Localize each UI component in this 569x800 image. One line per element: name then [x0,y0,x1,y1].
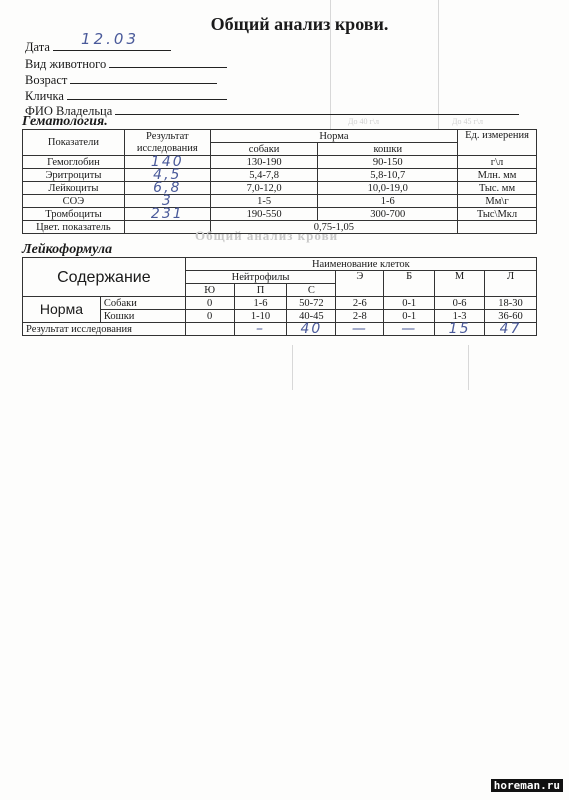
norm-dogs: 7,0-12,0 [210,182,318,195]
col-header: Б [384,271,435,297]
norm-cell: 0 [185,310,234,323]
name-field: Кличка [25,87,227,103]
hematology-row: Эритроциты4,55,4-7,85,8-10,7Млн. мм [23,169,537,182]
species-label: Кошки [100,310,185,323]
ghost-text: Общий анализ крови [195,228,338,244]
col-header: Ю [185,284,234,297]
norm-label: Норма [23,297,101,323]
cells-header: Наименование клеток [185,258,536,271]
result-cell [185,323,234,336]
unit: Мм\г [458,195,537,208]
norm-dogs: 5,4-7,8 [210,169,318,182]
unit: Тыс\Мкл [458,208,537,221]
date-field: Дата 12.03 [25,38,171,54]
bleed-line [468,345,469,390]
col-header: С [287,284,336,297]
unit: Тыс. мм [458,182,537,195]
header-cats: кошки [318,143,458,156]
animal-field: Вид животного [25,55,227,71]
norm-cats: 300-700 [318,208,458,221]
hematology-row: СОЭ31-51-6Мм\г [23,195,537,208]
indicator-name: Тромбоциты [23,208,125,221]
age-label: Возраст [25,73,67,87]
result-label: Результат исследования [23,323,186,336]
norm-dogs: 190-550 [210,208,318,221]
indicator-name: СОЭ [23,195,125,208]
result-cell: — [336,323,384,336]
result-cell: – [234,323,287,336]
header-result: Результат исследования [124,130,210,156]
norm-cell: 18-30 [485,297,537,310]
norm-cats: 10,0-19,0 [318,182,458,195]
faint-mark: До 45 г\л [452,117,483,126]
species-label: Собаки [100,297,185,310]
age-field: Возраст [25,71,217,87]
norm-row-dogs: Норма Собаки 0 1-6 50-72 2-6 0-1 0-6 18-… [23,297,537,310]
norm-cell: 0-1 [384,297,435,310]
norm-cell: 0-6 [435,297,485,310]
norm-cell: 2-6 [336,297,384,310]
animal-label: Вид животного [25,57,106,71]
result-row: Результат исследования – 40 — — 15 47 [23,323,537,336]
norm-cell: 0 [185,297,234,310]
norm-dogs: 1-5 [210,195,318,208]
unit [458,221,537,234]
date-label: Дата [25,40,50,54]
neutrophils-header: Нейтрофилы [185,271,336,284]
leukoformula-title: Лейкоформула [22,242,112,258]
norm-cats: 1-6 [318,195,458,208]
result-cell: — [384,323,435,336]
watermark: horeman.ru [491,779,563,792]
norm-cats: 90-150 [318,156,458,169]
indicator-name: Цвет. показатель [23,221,125,234]
hematology-row: Тромбоциты231190-550300-700Тыс\Мкл [23,208,537,221]
hematology-title: Гематология. [22,114,108,130]
norm-cell: 50-72 [287,297,336,310]
hematology-table: Показатели Результат исследования Норма … [22,129,537,234]
unit: г\л [458,156,537,169]
header-units: Ед. измерения [458,130,537,156]
col-header: Э [336,271,384,297]
result-cell: 40 [287,323,336,336]
bleed-line [292,345,293,390]
col-header: Л [485,271,537,297]
norm-cell: 1-6 [234,297,287,310]
indicator-name: Лейкоциты [23,182,125,195]
col-header: М [435,271,485,297]
indicator-name: Эритроциты [23,169,125,182]
faint-mark: До 40 г\л [348,117,379,126]
result-value: 231 [124,208,210,221]
header-dogs: собаки [210,143,318,156]
header-indicator: Показатели [23,130,125,156]
result-cell: 15 [435,323,485,336]
name-label: Кличка [25,89,64,103]
date-value: 12.03 [81,32,139,46]
result-cell: 47 [485,323,537,336]
hematology-row: Лейкоциты6,87,0-12,010,0-19,0Тыс. мм [23,182,537,195]
norm-cats: 5,8-10,7 [318,169,458,182]
header-norm: Норма [210,130,457,143]
unit: Млн. мм [458,169,537,182]
col-header: П [234,284,287,297]
leukoformula-table: Содержание Наименование клеток Нейтрофил… [22,257,537,336]
norm-dogs: 130-190 [210,156,318,169]
content-label: Содержание [23,258,186,297]
hematology-row: Гемоглобин140130-19090-150г\л [23,156,537,169]
indicator-name: Гемоглобин [23,156,125,169]
